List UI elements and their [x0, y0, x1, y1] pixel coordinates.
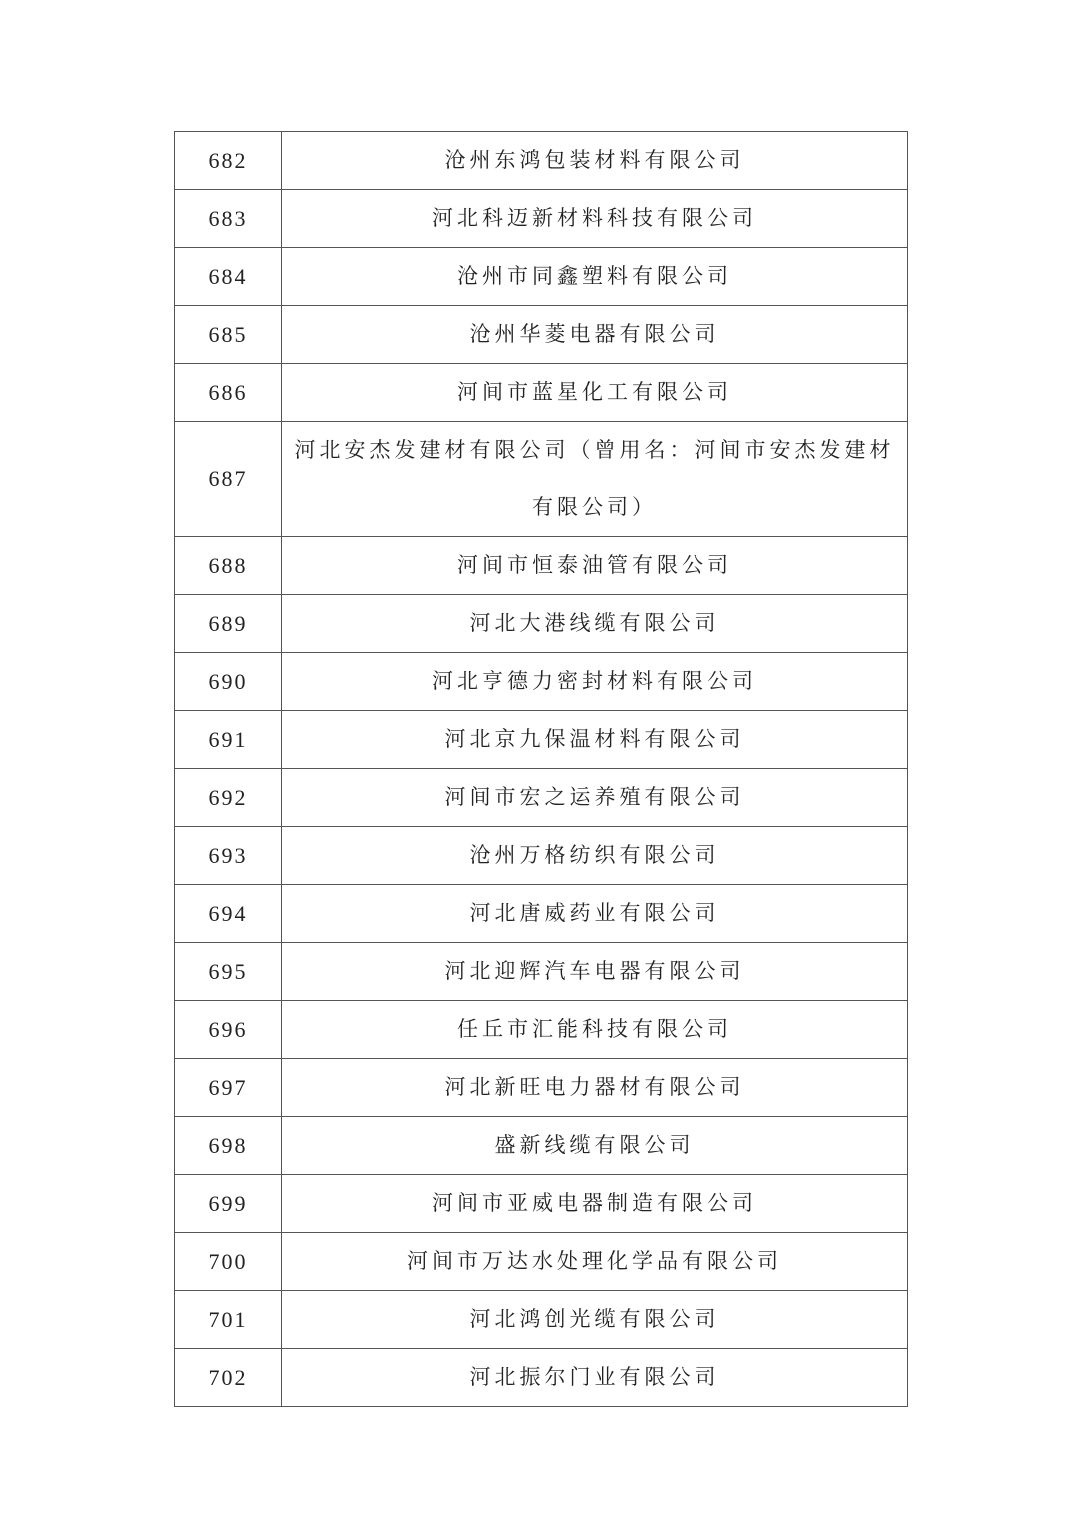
company-name: 河北振尔门业有限公司: [282, 1349, 908, 1407]
row-number: 690: [175, 653, 282, 711]
table-row: 693 沧州万格纺织有限公司: [175, 827, 908, 885]
table-row: 689 河北大港线缆有限公司: [175, 595, 908, 653]
company-name: 河北安杰发建材有限公司（曾用名：河间市安杰发建材有限公司）: [282, 422, 908, 537]
row-number: 698: [175, 1117, 282, 1175]
table-row: 695 河北迎辉汽车电器有限公司: [175, 943, 908, 1001]
table-row: 696 任丘市汇能科技有限公司: [175, 1001, 908, 1059]
row-number: 699: [175, 1175, 282, 1233]
table-row: 691 河北京九保温材料有限公司: [175, 711, 908, 769]
company-name: 河间市亚威电器制造有限公司: [282, 1175, 908, 1233]
row-number: 685: [175, 306, 282, 364]
company-name: 河北鸿创光缆有限公司: [282, 1291, 908, 1349]
row-number: 684: [175, 248, 282, 306]
company-name: 河间市蓝星化工有限公司: [282, 364, 908, 422]
row-number: 696: [175, 1001, 282, 1059]
table-row: 701 河北鸿创光缆有限公司: [175, 1291, 908, 1349]
table-row: 686 河间市蓝星化工有限公司: [175, 364, 908, 422]
company-name: 盛新线缆有限公司: [282, 1117, 908, 1175]
company-name: 沧州东鸿包装材料有限公司: [282, 132, 908, 190]
table-row: 699 河间市亚威电器制造有限公司: [175, 1175, 908, 1233]
company-list-table: 682 沧州东鸿包装材料有限公司 683 河北科迈新材料科技有限公司 684 沧…: [174, 131, 908, 1407]
company-name: 河间市万达水处理化学品有限公司: [282, 1233, 908, 1291]
company-name: 河间市恒泰油管有限公司: [282, 537, 908, 595]
table-row: 702 河北振尔门业有限公司: [175, 1349, 908, 1407]
document-page: 682 沧州东鸿包装材料有限公司 683 河北科迈新材料科技有限公司 684 沧…: [0, 0, 1080, 1527]
company-name: 沧州华菱电器有限公司: [282, 306, 908, 364]
table-row: 700 河间市万达水处理化学品有限公司: [175, 1233, 908, 1291]
company-name: 河间市宏之运养殖有限公司: [282, 769, 908, 827]
company-name: 沧州市同鑫塑料有限公司: [282, 248, 908, 306]
row-number: 688: [175, 537, 282, 595]
table-row: 685 沧州华菱电器有限公司: [175, 306, 908, 364]
row-number: 682: [175, 132, 282, 190]
row-number: 700: [175, 1233, 282, 1291]
row-number: 686: [175, 364, 282, 422]
row-number: 692: [175, 769, 282, 827]
table-row: 694 河北唐威药业有限公司: [175, 885, 908, 943]
row-number: 689: [175, 595, 282, 653]
table-row: 697 河北新旺电力器材有限公司: [175, 1059, 908, 1117]
row-number: 695: [175, 943, 282, 1001]
row-number: 702: [175, 1349, 282, 1407]
company-name: 河北迎辉汽车电器有限公司: [282, 943, 908, 1001]
company-name: 河北唐威药业有限公司: [282, 885, 908, 943]
row-number: 683: [175, 190, 282, 248]
table-row: 687 河北安杰发建材有限公司（曾用名：河间市安杰发建材有限公司）: [175, 422, 908, 537]
row-number: 694: [175, 885, 282, 943]
company-name: 河北科迈新材料科技有限公司: [282, 190, 908, 248]
table-row: 698 盛新线缆有限公司: [175, 1117, 908, 1175]
company-name: 河北大港线缆有限公司: [282, 595, 908, 653]
row-number: 691: [175, 711, 282, 769]
table-row: 690 河北亨德力密封材料有限公司: [175, 653, 908, 711]
row-number: 701: [175, 1291, 282, 1349]
row-number: 687: [175, 422, 282, 537]
table-row: 683 河北科迈新材料科技有限公司: [175, 190, 908, 248]
table-row: 692 河间市宏之运养殖有限公司: [175, 769, 908, 827]
table-row: 684 沧州市同鑫塑料有限公司: [175, 248, 908, 306]
company-name: 任丘市汇能科技有限公司: [282, 1001, 908, 1059]
table-row: 688 河间市恒泰油管有限公司: [175, 537, 908, 595]
company-name: 河北亨德力密封材料有限公司: [282, 653, 908, 711]
row-number: 697: [175, 1059, 282, 1117]
company-name: 沧州万格纺织有限公司: [282, 827, 908, 885]
company-name: 河北新旺电力器材有限公司: [282, 1059, 908, 1117]
table-row: 682 沧州东鸿包装材料有限公司: [175, 132, 908, 190]
company-name: 河北京九保温材料有限公司: [282, 711, 908, 769]
row-number: 693: [175, 827, 282, 885]
